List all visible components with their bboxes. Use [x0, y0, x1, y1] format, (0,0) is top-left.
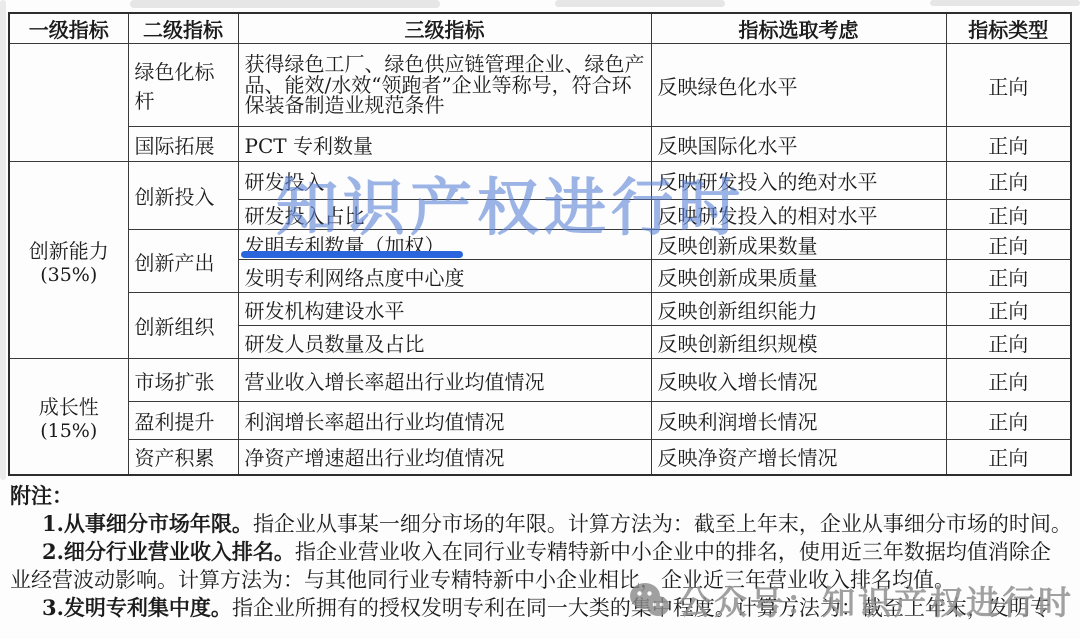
level1-weight: (35%)	[10, 264, 128, 286]
consideration-cell: 反映净资产增长情况	[651, 440, 946, 475]
scan-smudge	[130, 0, 440, 8]
level1-cell-innovation: 创新能力 (35%)	[9, 162, 128, 359]
type-cell: 正向	[946, 440, 1071, 475]
footnote-line: 2.细分行业营业收入排名。指企业营业收入在同行业专精特新中小企业中的排名，使用近…	[10, 538, 1078, 567]
level2-cell: 创新组织	[128, 293, 238, 359]
scan-smudge	[930, 0, 1080, 6]
level2-cell: 创新产出	[128, 230, 238, 293]
level2-cell: 国际拓展	[128, 127, 238, 162]
level2-cell: 创新投入	[128, 162, 238, 230]
level3-cell: 研发投入	[238, 162, 651, 200]
type-cell: 正向	[946, 230, 1071, 260]
footnote-text: 指企业所拥有的授权发明专利在同一大类的集中程度。计算方法为：截至上年末，发明专	[232, 596, 1051, 620]
consideration-cell: 反映研发投入的绝对水平	[651, 162, 946, 200]
footnote-text: 业经营波动影响。计算方法为：与其他同行业专精特新中小企业相比，企业近三年营业收入…	[10, 568, 955, 592]
type-cell: 正向	[946, 162, 1071, 200]
level1-weight: (15%)	[10, 420, 128, 442]
level3-cell: 利润增长率超出行业均值情况	[238, 402, 651, 440]
table-row: 绿色化标杆 获得绿色工厂、绿色供应链管理企业、绿色产品、能效/水效“领跑者”企业…	[9, 44, 1071, 127]
table-row: 创新组织 研发机构建设水平 反映创新组织能力 正向	[9, 293, 1071, 326]
level3-cell: PCT 专利数量	[238, 127, 651, 162]
table-header-row: 一级指标 二级指标 三级指标 指标选取考虑 指标类型	[9, 13, 1071, 44]
footnotes: 附注： 1.从事细分市场年限。指企业从事某一细分市场的年限。计算方法为：截至上年…	[10, 482, 1078, 623]
type-cell: 正向	[946, 402, 1071, 440]
footnote-line: 3.发明专利集中度。指企业所拥有的授权发明专利在同一大类的集中程度。计算方法为：…	[10, 594, 1078, 623]
level3-cell: 发明专利网络点度中心度	[238, 260, 651, 293]
header-level1: 一级指标	[9, 13, 128, 44]
consideration-cell: 反映绿色化水平	[651, 44, 946, 127]
footnotes-title: 附注：	[10, 482, 1078, 510]
level3-cell: 获得绿色工厂、绿色供应链管理企业、绿色产品、能效/水效“领跑者”企业等称号，符合…	[238, 44, 651, 127]
level1-cell-growth: 成长性 (15%)	[9, 359, 128, 475]
consideration-cell: 反映创新组织能力	[651, 293, 946, 326]
consideration-cell: 反映创新成果质量	[651, 260, 946, 293]
consideration-cell: 反映利润增长情况	[651, 402, 946, 440]
consideration-cell: 反映国际化水平	[651, 127, 946, 162]
type-cell: 正向	[946, 127, 1071, 162]
table-row: 资产积累 净资产增速超出行业均值情况 反映净资产增长情况 正向	[9, 440, 1071, 475]
consideration-cell: 反映创新组织规模	[651, 326, 946, 359]
footnote-line: 业经营波动影响。计算方法为：与其他同行业专精特新中小企业相比，企业近三年营业收入…	[10, 567, 1078, 595]
scan-smudge	[555, 0, 725, 7]
level2-cell: 绿色化标杆	[128, 44, 238, 127]
level3-cell: 营业收入增长率超出行业均值情况	[238, 359, 651, 402]
level2-cell: 市场扩张	[128, 359, 238, 402]
table-row: 国际拓展 PCT 专利数量 反映国际化水平 正向	[9, 127, 1071, 162]
footnote-term: 2.细分行业营业收入排名。	[42, 539, 295, 564]
header-level3: 三级指标	[238, 13, 651, 44]
footnote-term: 1.从事细分市场年限。	[42, 511, 253, 536]
type-cell: 正向	[946, 44, 1071, 127]
type-cell: 正向	[946, 326, 1071, 359]
type-cell: 正向	[946, 359, 1071, 402]
header-level2: 二级指标	[128, 13, 238, 44]
level3-cell: 研发人员数量及占比	[238, 326, 651, 359]
level1-cell-empty	[9, 44, 128, 162]
consideration-cell: 反映研发投入的相对水平	[651, 200, 946, 230]
consideration-cell: 反映创新成果数量	[651, 230, 946, 260]
header-consideration: 指标选取考虑	[651, 13, 946, 44]
level3-cell: 研发机构建设水平	[238, 293, 651, 326]
type-cell: 正向	[946, 260, 1071, 293]
level2-cell: 盈利提升	[128, 402, 238, 440]
scanned-document-page: 一级指标 二级指标 三级指标 指标选取考虑 指标类型 绿色化标杆 获得绿色工厂、…	[0, 0, 1080, 639]
level3-cell: 研发投入占比	[238, 200, 651, 230]
footnote-text: 指企业从事某一细分市场的年限。计算方法为：截至上年末，企业从事细分市场的时间。	[253, 512, 1072, 536]
header-type: 指标类型	[946, 13, 1071, 44]
level1-name: 成长性	[10, 391, 128, 420]
level3-cell: 净资产增速超出行业均值情况	[238, 440, 651, 475]
indicator-table: 一级指标 二级指标 三级指标 指标选取考虑 指标类型 绿色化标杆 获得绿色工厂、…	[8, 12, 1072, 476]
type-cell: 正向	[946, 200, 1071, 230]
table-row: 创新产出 发明专利数量（加权） 反映创新成果数量 正向	[9, 230, 1071, 260]
consideration-cell: 反映收入增长情况	[651, 359, 946, 402]
type-cell: 正向	[946, 293, 1071, 326]
table-row: 盈利提升 利润增长率超出行业均值情况 反映利润增长情况 正向	[9, 402, 1071, 440]
table-row: 创新能力 (35%) 创新投入 研发投入 反映研发投入的绝对水平 正向	[9, 162, 1071, 200]
level1-name: 创新能力	[10, 235, 128, 264]
footnote-term: 3.发明专利集中度。	[42, 595, 232, 620]
scan-smudge	[0, 0, 6, 480]
table-row: 成长性 (15%) 市场扩张 营业收入增长率超出行业均值情况 反映收入增长情况 …	[9, 359, 1071, 402]
footnote-line: 1.从事细分市场年限。指企业从事某一细分市场的年限。计算方法为：截至上年末，企业…	[10, 510, 1078, 539]
level3-cell-highlighted: 发明专利数量（加权）	[238, 230, 651, 260]
level2-cell: 资产积累	[128, 440, 238, 475]
footnote-text: 指企业营业收入在同行业专精特新中小企业中的排名，使用近三年数据均值消除企	[295, 540, 1051, 564]
